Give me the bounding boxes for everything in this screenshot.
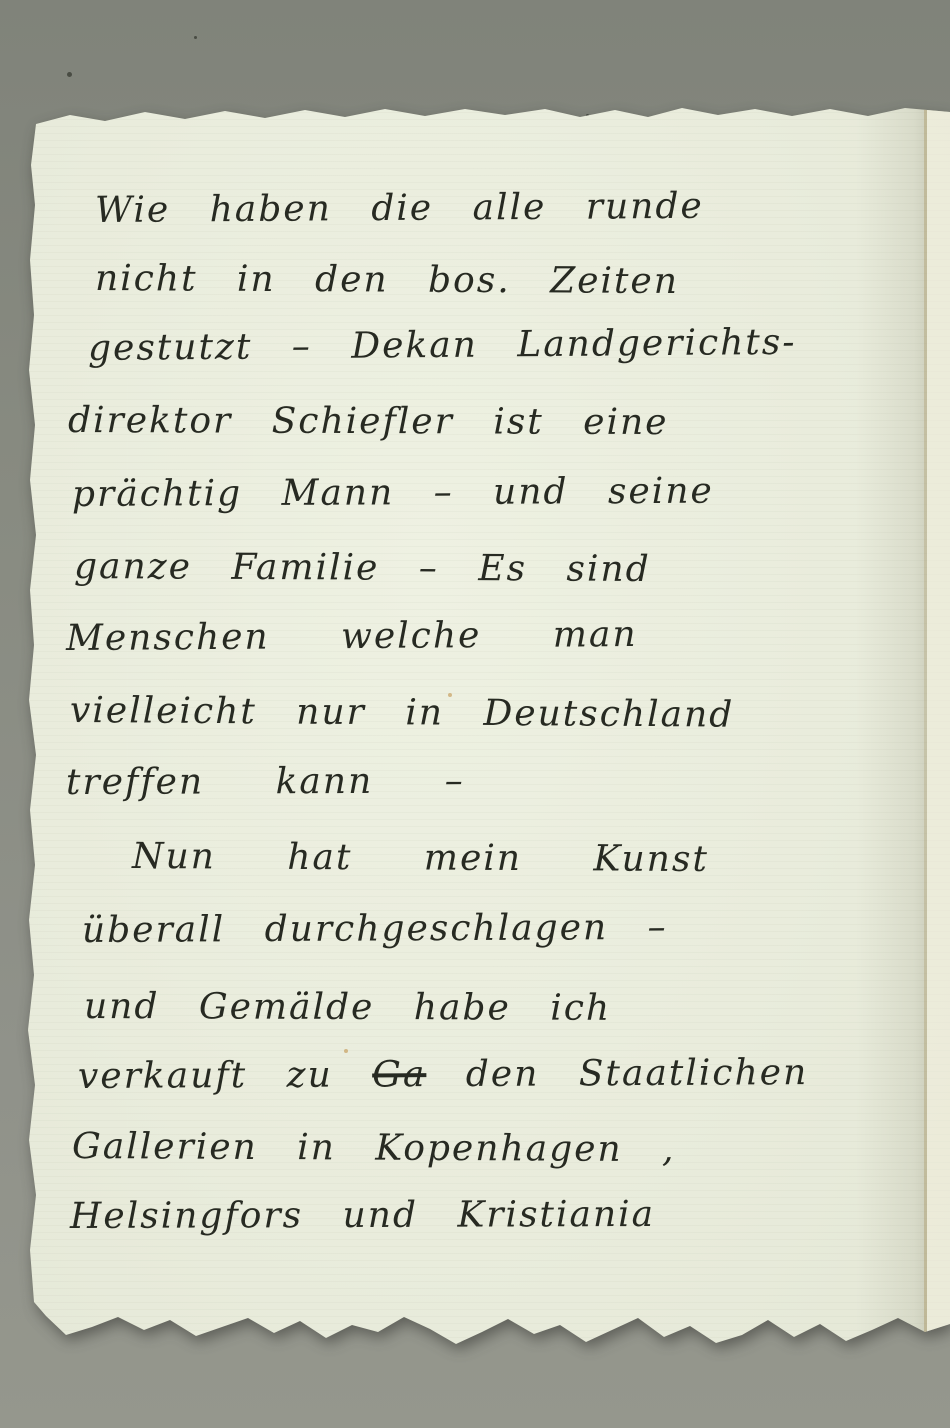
manuscript-line-06: ganze Familie – Es sind bbox=[74, 546, 651, 590]
manuscript-line-13: verkauft zu Ga den Staatlichen bbox=[78, 1052, 808, 1097]
fold-crease bbox=[924, 104, 927, 1336]
letter-sheet-shadow: Wie haben die alle runde nicht in den bo… bbox=[0, 0, 950, 1428]
manuscript-line-15: Helsingfors und Kristiania bbox=[70, 1194, 655, 1237]
manuscript-line-14: Gallerien in Kopenhagen , bbox=[72, 1126, 676, 1170]
struck-word: Ga bbox=[372, 1054, 426, 1095]
paper-fleck bbox=[344, 1049, 348, 1053]
folded-page-strip bbox=[927, 104, 950, 1334]
manuscript-line-01: Wie haben die alle runde bbox=[95, 186, 704, 231]
manuscript-line-11: überall durchgeschlagen – bbox=[82, 907, 668, 951]
manuscript-line-10: Nun hat mein Kunst bbox=[132, 836, 709, 880]
manuscript-line-03: gestutzt – Dekan Landgerichts- bbox=[88, 322, 797, 369]
manuscript-line-04: direktor Schiefler ist eine bbox=[68, 400, 669, 443]
photo-background: Wie haben die alle runde nicht in den bo… bbox=[0, 0, 950, 1428]
manuscript-line-12: und Gemälde habe ich bbox=[84, 986, 611, 1029]
manuscript-line-02: nicht in den bos. Zeiten bbox=[95, 258, 679, 302]
manuscript-line-08: vielleicht nur in Deutschland bbox=[70, 690, 735, 736]
manuscript-line-07: Menschen welche man bbox=[66, 614, 638, 659]
line-13-post: den Staatlichen bbox=[426, 1052, 808, 1095]
fold-shading bbox=[856, 100, 924, 1348]
manuscript-line-09: treffen kann – bbox=[66, 761, 465, 803]
manuscript-line-05: prächtig Mann – und seine bbox=[72, 471, 714, 515]
letter-sheet: Wie haben die alle runde nicht in den bo… bbox=[0, 0, 950, 1428]
line-13-pre: verkauft zu bbox=[78, 1054, 372, 1097]
